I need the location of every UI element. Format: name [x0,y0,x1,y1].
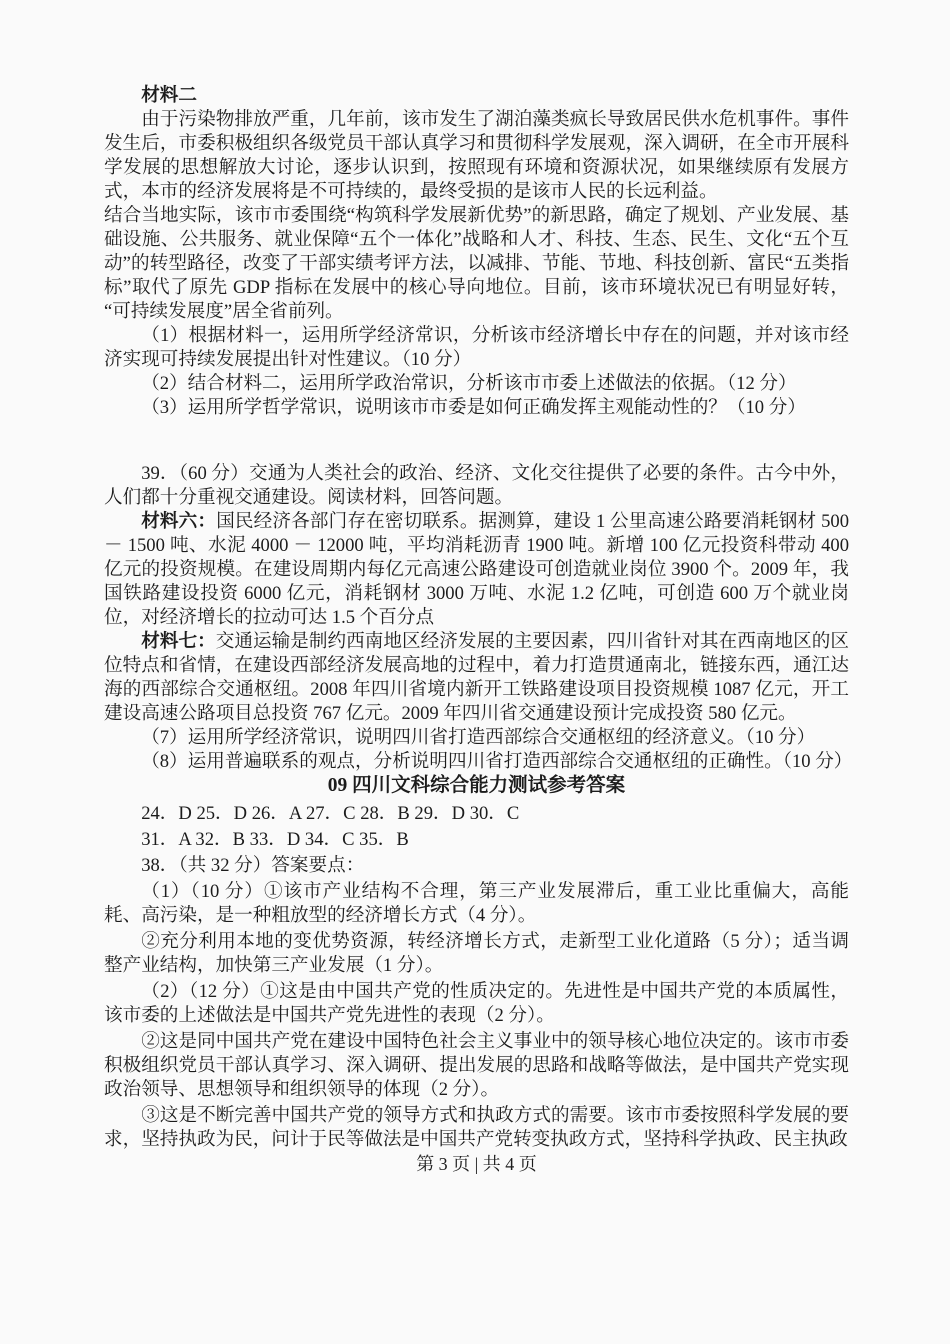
answer38-part2-point1: （2）（12 分）①这是由中国共产党的性质决定的。先进性是中国共产党的本质属性，… [104,980,849,1028]
document-page: 材料二 由于污染物排放严重，几年前，该市发生了湖泊藻类疯长导致居民供水危机事件。… [0,0,950,1344]
material6-paragraph: 材料六：国民经济各部门存在密切联系。据测算，建设 1 公里高速公路要消耗钢材 5… [104,510,849,630]
question38-part-3: （3）运用所学哲学常识，说明该市市委是如何正确发挥主观能动性的？（10 分） [104,396,849,420]
question38-part-2: （2）结合材料二，运用所学政治常识，分析该市市委上述做法的依据。（12 分） [104,372,849,396]
material7-label: 材料七： [141,631,216,652]
page-number-footer: 第 3 页 | 共 4 页 [104,1152,849,1176]
answer-key-title: 09 四川文科综合能力测试参考答案 [104,774,849,798]
answer38-part2-point3: ③这是不断完善中国共产党的领导方式和执政方式的需要。该市市委按照科学发展的要求，… [104,1104,849,1152]
material6-label: 材料六： [141,511,216,532]
question38-part-1: （1）根据材料一，运用所学经济常识，分析该市经济增长中存在的问题，并对该市经济实… [104,324,849,372]
mcq-answers-row-2: 31．A 32．B 33．D 34．C 35．B [104,828,849,852]
material2-paragraph-2: 结合当地实际，该市市委围绕“构筑科学发展新优势”的新思路，确定了规划、产业发展、… [104,204,849,324]
question39-part-7: （7）运用所学经济常识，说明四川省打造西部综合交通枢纽的经济意义。（10 分） [104,726,849,750]
question39-section: 39．（60 分）交通为人类社会的政治、经济、文化交往提供了必要的条件。古今中外… [104,462,849,774]
mcq-answers-row-1: 24．D 25．D 26．A 27．C 28．B 29．D 30．C [104,802,849,826]
material7-text: 交通运输是制约西南地区经济发展的主要因素，四川省针对其在西南地区的区位特点和省情… [104,631,849,724]
exam-body: 材料二 由于污染物排放严重，几年前，该市发生了湖泊藻类疯长导致居民供水危机事件。… [104,84,849,1152]
answer-key-section: 09 四川文科综合能力测试参考答案 24．D 25．D 26．A 27．C 28… [104,774,849,1152]
material6-text: 国民经济各部门存在密切联系。据测算，建设 1 公里高速公路要消耗钢材 500 －… [104,511,849,628]
answer38-header: 38．（共 32 分）答案要点： [104,854,849,878]
question39-intro: 39．（60 分）交通为人类社会的政治、经济、文化交往提供了必要的条件。古今中外… [104,462,849,510]
answer38-part2-point2: ②这是同中国共产党在建设中国特色社会主义事业中的领导核心地位决定的。该市市委积极… [104,1030,849,1102]
material2-heading: 材料二 [104,84,849,108]
material2-paragraph-1: 由于污染物排放严重，几年前，该市发生了湖泊藻类疯长导致居民供水危机事件。事件发生… [104,108,849,204]
material7-paragraph: 材料七：交通运输是制约西南地区经济发展的主要因素，四川省针对其在西南地区的区位特… [104,630,849,726]
answer38-part1-point1: （1）（10 分）①该市产业结构不合理，第三产业发展滞后，重工业比重偏大，高能耗… [104,880,849,928]
answer38-part1-point2: ②充分利用本地的变优势资源，转经济增长方式，走新型工业化道路（5 分）；适当调整… [104,930,849,978]
question39-part-8: （8）运用普遍联系的观点，分析说明四川省打造西部综合交通枢纽的正确性。（10 分… [104,750,849,774]
